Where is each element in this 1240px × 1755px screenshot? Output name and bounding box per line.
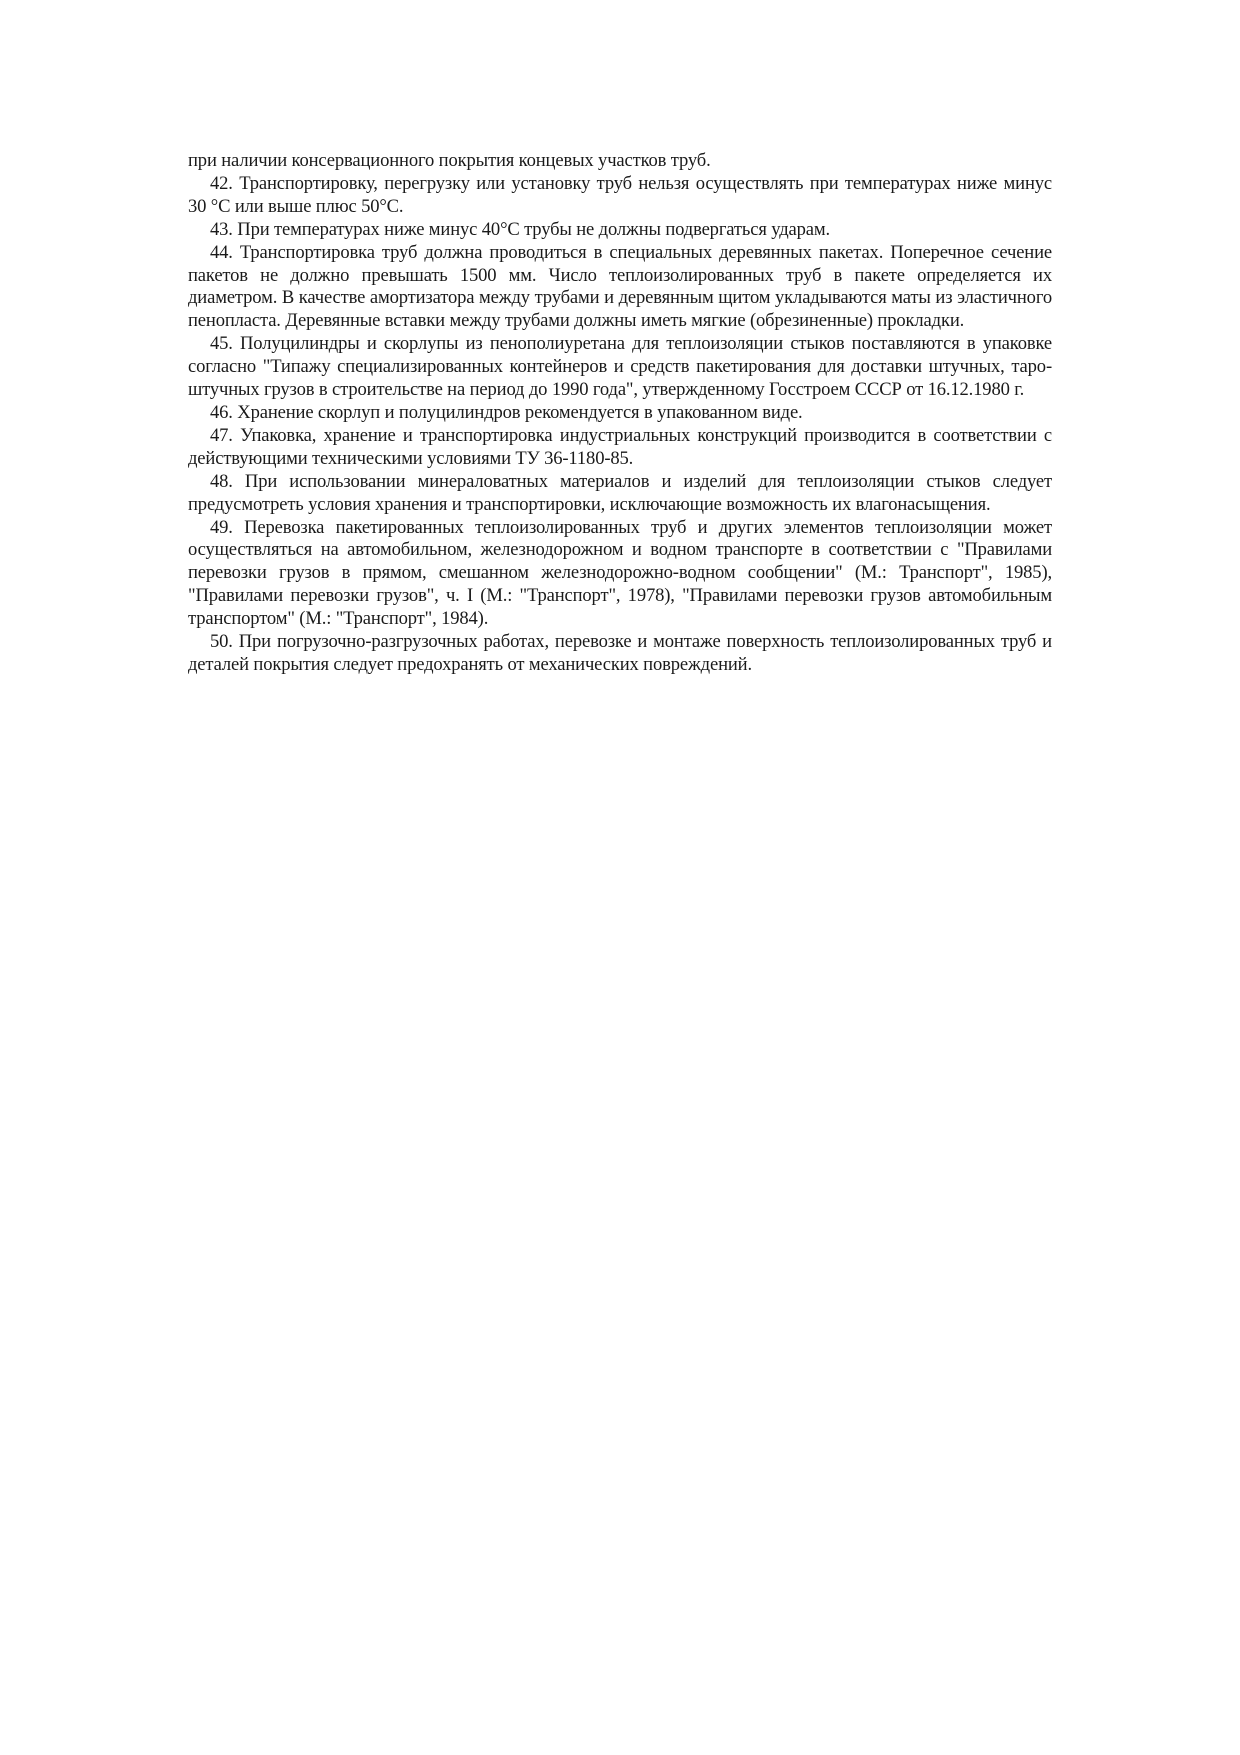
- paragraph-42: 42. Транспортировку, перегрузку или уста…: [188, 173, 1052, 219]
- paragraph-44: 44. Транспортировка труб должна проводит…: [188, 242, 1052, 334]
- paragraph-45: 45. Полуцилиндры и скорлупы из пенополиу…: [188, 333, 1052, 402]
- paragraph-49: 49. Перевозка пакетированных теплоизолир…: [188, 517, 1052, 632]
- paragraph-43: 43. При температурах ниже минус 40°С тру…: [188, 219, 1052, 242]
- paragraph-48: 48. При использовании минераловатных мат…: [188, 471, 1052, 517]
- paragraph-46: 46. Хранение скорлуп и полуцилиндров рек…: [188, 402, 1052, 425]
- paragraph-50: 50. При погрузочно-разгрузочных работах,…: [188, 631, 1052, 677]
- paragraph-continuation: при наличии консервационного покрытия ко…: [188, 150, 1052, 173]
- paragraph-47: 47. Упаковка, хранение и транспортировка…: [188, 425, 1052, 471]
- document-page: при наличии консервационного покрытия ко…: [188, 150, 1052, 677]
